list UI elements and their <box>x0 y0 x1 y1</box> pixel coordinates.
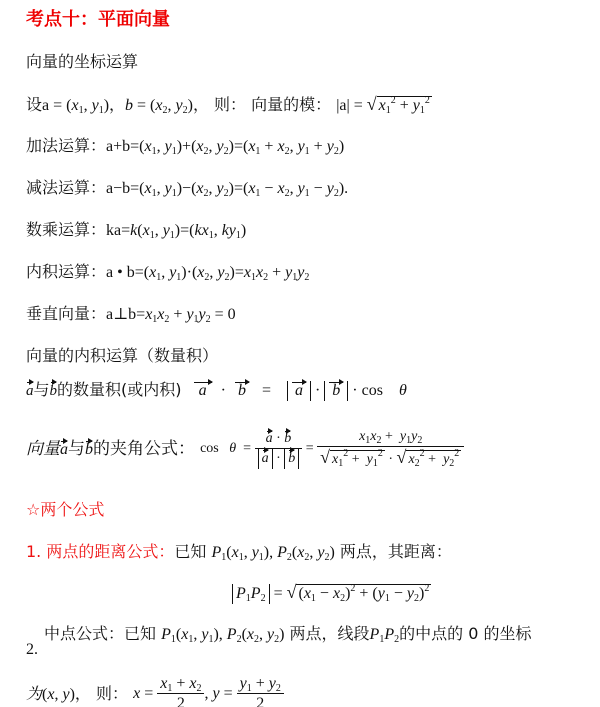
midpoint-then: ， 则： <box>75 684 128 703</box>
op-subtraction: 减法运算：a−b=(x1, y1)−(x2, y2)=(x1 − x2, y1 … <box>26 178 348 199</box>
angle-label: 向量 <box>26 439 60 459</box>
midpoint-formula: x = x1 + x22, y = y1 + y22 <box>133 685 284 702</box>
midpoint-points: P1(x1, y1), P2(x2, y2) <box>161 626 284 643</box>
distance-formula: P1P2 = √(x1 − x2)2 + (y1 − y2)2 <box>232 582 431 604</box>
op-label: 内积运算： <box>26 262 106 281</box>
op-perpendicular: 垂直向量：a⊥b=x1x2 + y1y2 = 0 <box>26 304 236 325</box>
vector-a: a <box>60 440 68 460</box>
dot-product-line: a与b的数量积(或内积) a · b = a · b · cos θ <box>26 380 407 401</box>
section-heading-inner-product: 向量的内积运算（数量积） <box>26 346 218 366</box>
page-title: 考点十：平面向量 <box>26 10 170 30</box>
angle-formula: cos θ = a · ba · b = x1x2 + y1y2√x12 + y… <box>200 441 464 456</box>
midpoint-prefix: 为 <box>26 684 42 703</box>
op-label: 垂直向量： <box>26 304 106 323</box>
op-scalar-multiplication: 数乘运算：ka=k(x1, y1)=(kx1, ky1) <box>26 220 246 241</box>
distance-known: 已知 <box>174 542 206 561</box>
op-label: 减法运算： <box>26 178 106 197</box>
op-addition: 加法运算：a+b=(x1, y1)+(x2, y2)=(x1 + x2, y1 … <box>26 136 344 157</box>
midpoint-formula-line2: 为(x, y)， 则： x = x1 + x22, y = y1 + y22 <box>26 675 284 707</box>
midpoint-label: 中点公式： <box>44 624 124 643</box>
dot-text-rest: 的数量积(或内积) <box>57 380 182 399</box>
distance-label: 1. 两点的距离公式： <box>26 542 174 561</box>
b-definition: b = (x2, y2) <box>125 97 193 114</box>
op-formula: a • b=(x1, y1)·(x2, y2)=x1x2 + y1y2 <box>106 264 309 281</box>
angle-formula-line: 向量a与b的夹角公式： cos θ = a · ba · b = x1x2 + … <box>26 428 464 478</box>
a-definition: a = (x1, y1) <box>42 97 109 114</box>
setup-then: ， 则： 向量的模： <box>193 95 331 114</box>
op-formula: a+b=(x1, y1)+(x2, y2)=(x1 + x2, y1 + y2) <box>106 138 344 155</box>
setup-prefix: 设 <box>26 95 42 114</box>
midpoint-rest: 的中点的 0 的坐标 <box>399 624 531 643</box>
dot-product-formula: a · b = a · b · cos θ <box>193 382 407 399</box>
op-label: 加法运算： <box>26 136 106 155</box>
angle-rest: 的夹角公式： <box>93 439 195 459</box>
section-heading-two-formulas: ☆两个公式 <box>26 500 104 520</box>
midpoint-segment: P1P2 <box>370 626 400 643</box>
midpoint-formula-line1: 中点公式：已知 P1(x1, y1), P2(x2, y2) 两点，线段P1P2… <box>44 624 531 645</box>
setup-sep: ， <box>109 95 125 114</box>
dot-text-mid: 与 <box>34 380 50 399</box>
modulus-formula: |a| = √x12 + y12 <box>336 97 432 114</box>
op-formula: ka=k(x1, y1)=(kx1, ky1) <box>106 222 246 239</box>
angle-mid: 与 <box>68 439 85 459</box>
section-heading-coordinate-ops: 向量的坐标运算 <box>26 52 138 72</box>
vector-a: a <box>26 381 34 401</box>
distance-points: P1(x1, y1), P2(x2, y2) <box>211 544 334 561</box>
vector-b: b <box>50 381 58 401</box>
op-formula: a−b=(x1, y1)−(x2, y2)=(x1 − x2, y1 − y2)… <box>106 180 348 197</box>
midpoint-number: 2. <box>26 640 38 660</box>
vector-b: b <box>85 440 93 460</box>
op-label: 数乘运算： <box>26 220 106 239</box>
midpoint-point: (x, y) <box>42 686 75 703</box>
distance-formula-line: 1. 两点的距离公式：已知 P1(x1, y1), P2(x2, y2) 两点，… <box>26 542 452 563</box>
distance-rest: 两点，其距离： <box>340 542 452 561</box>
midpoint-known: 已知 <box>124 624 156 643</box>
op-inner-product: 内积运算：a • b=(x1, y1)·(x2, y2)=x1x2 + y1y2 <box>26 262 309 283</box>
op-formula: a⊥b=x1x2 + y1y2 = 0 <box>106 306 236 323</box>
setup-line: 设a = (x1, y1)，b = (x2, y2)， 则： 向量的模： |a|… <box>26 94 432 116</box>
midpoint-mid: 两点，线段 <box>290 624 370 643</box>
